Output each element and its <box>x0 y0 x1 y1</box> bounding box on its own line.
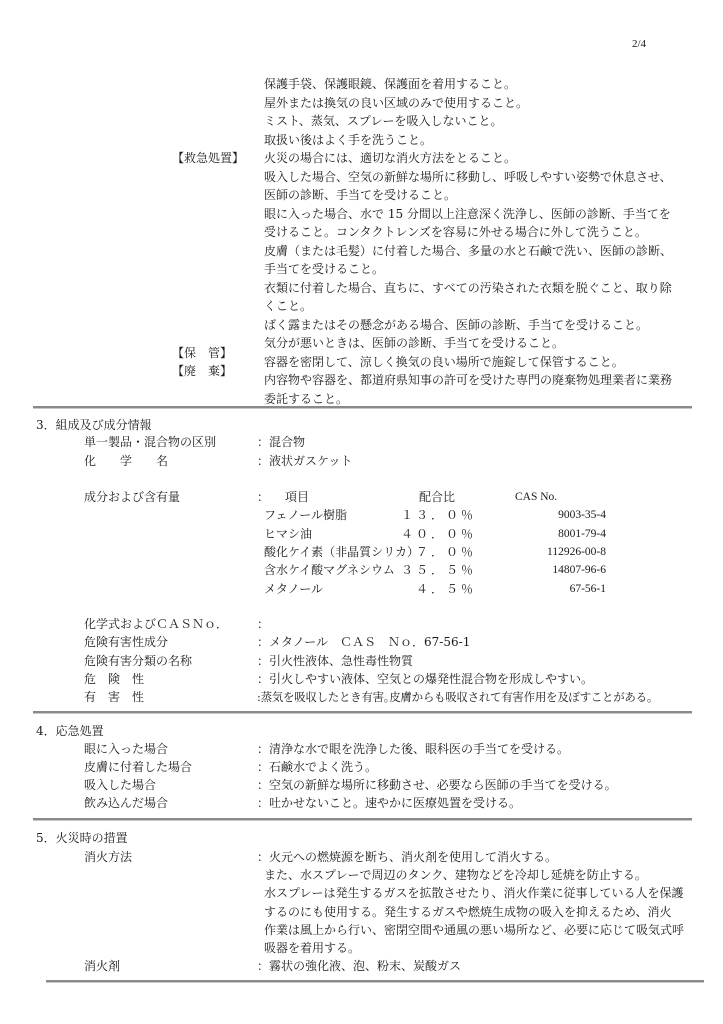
extinguishing-agent-row: 消火剤 ：霧状の強化液、泡、粉末、炭酸ガス <box>0 957 723 976</box>
disposal-label: 【廃 棄】 <box>172 362 232 381</box>
first-aid-row: 飲み込んだ場合 ：吐かせないこと。速やかに医療処置を受ける。 <box>0 794 723 813</box>
product-type-label: 単一製品・混合物の区別 <box>84 433 216 452</box>
component-cas: 9003-35-4 <box>558 506 606 525</box>
section-divider <box>33 406 692 409</box>
hazardous-component-value: ：メタノール ＣＡＳ Ｎｏ．67-56-1 <box>257 633 470 652</box>
components-header-row: 成分および含有量 ： 項目 配合比 CAS No. <box>0 488 723 507</box>
extinguishing-agent-label: 消火剤 <box>84 957 120 976</box>
precautions-text: 保護手袋、保護眼鏡、保護面を着用すること。 屋外または換気の良い区域のみで使用す… <box>264 75 672 408</box>
extinguishing-agent-value: ：霧状の強化液、泡、粉末、炭酸ガス <box>257 957 461 976</box>
chemical-name-row: 化 学 名 ：液状ガスケット <box>0 452 723 471</box>
component-name: フェノール樹脂 <box>264 506 347 525</box>
first-aid-row: 吸入した場合 ：空気の新鮮な場所に移動させ、必要なら医師の手当てを受ける。 <box>0 776 723 795</box>
first-aid-case-value: ：清浄な水で眼を洗浄した後、眼科医の手当てを受ける。 <box>257 740 569 759</box>
danger-value: ：引火しやすい液体、空気との爆発性混合物を形成しやすい。 <box>257 670 593 689</box>
column-header-cas: CAS No. <box>515 488 557 507</box>
danger-row: 危 険 性 ：引火しやすい液体、空気との爆発性混合物を形成しやすい。 <box>0 670 723 689</box>
extinguishing-method-line: 水スプレーは発生するガスを拡散させたり、消火作業に従事している人を保護 <box>264 884 684 903</box>
harm-row: 有 害 性 :蒸気を吸収したとき有害｡皮膚からも吸収されて有害作用を及ぼすことが… <box>0 688 723 707</box>
prevention-line: 取扱い後はよく手を洗うこと。 <box>264 131 672 150</box>
prevention-line: 保護手袋、保護眼鏡、保護面を着用すること。 <box>264 75 672 94</box>
first-aid-case-value: ：空気の新鮮な場所に移動させ、必要なら医師の手当てを受ける。 <box>257 776 617 795</box>
extinguishing-method-row: 消火方法 ：火元への燃焼源を断ち、消火剤を使用して消火する。 <box>0 848 723 867</box>
first-aid-case-label: 皮膚に付着した場合 <box>84 758 192 777</box>
first-aid-line: 衣類に付着した場合、直ちに、すべての汚染された衣類を脱ぐこと、取り除 <box>264 279 672 298</box>
first-aid-line: 医師の診断、手当てを受けること。 <box>264 186 672 205</box>
components-label: 成分および含有量 <box>84 488 180 507</box>
prevention-line: ミスト、蒸気、スプレーを吸入しないこと。 <box>264 112 672 131</box>
component-ratio: ４０．０％ <box>401 525 476 544</box>
first-aid-case-label: 眼に入った場合 <box>84 740 168 759</box>
first-aid-label: 【救急処置】 <box>172 149 244 168</box>
formula-value: ： <box>257 615 269 634</box>
component-name: メタノール <box>264 580 323 599</box>
storage-line: 容器を密閉して、涼しく換気の良い場所で施錠して保管すること。 <box>264 353 672 372</box>
harm-value: :蒸気を吸収したとき有害｡皮膚からも吸収されて有害作用を及ぼすことがある。 <box>257 688 658 707</box>
component-row: フェノール樹脂 １３．０％ 9003-35-4 <box>0 506 723 525</box>
section5-heading: 5．火災時の措置 <box>36 829 128 847</box>
product-type-value: ：混合物 <box>257 433 305 452</box>
extinguishing-method-label: 消火方法 <box>84 848 132 867</box>
extinguishing-method-line: 吸器を着用する。 <box>264 939 360 958</box>
hazard-class-row: 危険有害分類の名称 ：引火性液体、急性毒性物質 <box>0 652 723 671</box>
formula-label: 化学式およびＣＡＳＮｏ． <box>84 615 228 634</box>
storage-label: 【保 管】 <box>172 344 232 363</box>
component-name: 酸化ケイ素（非晶質シリカ） <box>264 543 419 562</box>
first-aid-line: ばく露またはその懸念がある場合、医師の診断、手当てを受けること。 <box>264 316 672 335</box>
hazard-class-value: ：引火性液体、急性毒性物質 <box>257 652 413 671</box>
first-aid-case-label: 飲み込んだ場合 <box>84 794 168 813</box>
hazardous-component-label: 危険有害性成分 <box>84 633 168 652</box>
first-aid-line: くこと。 <box>264 297 672 316</box>
product-type-row: 単一製品・混合物の区別 ：混合物 <box>0 433 723 452</box>
first-aid-line: 手当てを受けること。 <box>264 260 672 279</box>
first-aid-line: 気分が悪いときは、医師の診断、手当てを受けること。 <box>264 334 672 353</box>
first-aid-row: 眼に入った場合 ：清浄な水で眼を洗浄した後、眼科医の手当てを受ける。 <box>0 740 723 759</box>
section-divider <box>33 818 692 821</box>
component-cas: 8001-79-4 <box>558 525 606 544</box>
extinguishing-method-line: するのにも使用する。発生するガスや燃焼生成物の吸入を抑えるため、消火 <box>264 903 672 922</box>
disposal-line: 内容物や容器を、都道府県知事の許可を受けた専門の廃棄物処理業者に業務 <box>264 371 672 390</box>
components-colon: ： <box>257 488 269 507</box>
first-aid-row: 皮膚に付着した場合 ：石鹸水でよく洗う。 <box>0 758 723 777</box>
first-aid-line: 皮膚（または毛髪）に付着した場合、多量の水と石鹸で洗い、医師の診断、 <box>264 242 672 261</box>
harm-label: 有 害 性 <box>84 688 144 707</box>
first-aid-case-label: 吸入した場合 <box>84 776 156 795</box>
first-aid-case-value: ：吐かせないこと。速やかに医療処置を受ける。 <box>257 794 521 813</box>
danger-label: 危 険 性 <box>84 670 144 689</box>
extinguishing-method-value: ：火元への燃焼源を断ち、消火剤を使用して消火する。 <box>257 848 557 867</box>
component-name: ヒマシ油 <box>264 525 312 544</box>
extinguishing-method-line: 作業は風上から行い、密閉空間や通風の悪い場所など、必要に応じて吸気式呼 <box>264 921 684 940</box>
component-ratio: ４．５％ <box>416 580 476 599</box>
component-row: 含水ケイ酸マグネシウム ３５．５％ 14807-96-6 <box>0 561 723 580</box>
first-aid-case-value: ：石鹸水でよく洗う。 <box>257 758 377 777</box>
component-cas: 67-56-1 <box>570 580 606 599</box>
first-aid-line: 吸入した場合、空気の新鮮な場所に移動し、呼吸しやすい姿勢で休息させ、 <box>264 168 672 187</box>
chemical-name-value: ：液状ガスケット <box>257 452 352 471</box>
extinguishing-method-line: また、水スプレーで周辺のタンク、建物などを冷却し延焼を防止する。 <box>264 866 647 885</box>
first-aid-line: 眼に入った場合、水で 15 分間以上注意深く洗浄し、医師の診断、手当てを <box>264 205 672 224</box>
component-row: 酸化ケイ素（非晶質シリカ） ７．０％ 112926-00-8 <box>0 543 723 562</box>
component-cas: 14807-96-6 <box>552 561 606 580</box>
section-divider <box>46 980 704 983</box>
hazard-class-label: 危険有害分類の名称 <box>84 652 192 671</box>
section3-heading: 3．組成及び成分情報 <box>36 416 152 434</box>
first-aid-line: 火災の場合には、適切な消火方法をとること。 <box>264 149 672 168</box>
section-divider <box>33 711 692 714</box>
first-aid-line: 受けること。コンタクトレンズを容易に外せる場合に外して洗うこと。 <box>264 223 672 242</box>
section4-heading: 4．応急処置 <box>36 722 104 740</box>
component-cas: 112926-00-8 <box>547 543 606 562</box>
page-number: 2/4 <box>632 38 646 50</box>
hazardous-component-row: 危険有害性成分 ：メタノール ＣＡＳ Ｎｏ．67-56-1 <box>0 633 723 652</box>
column-header-item: 項目 <box>285 488 309 507</box>
column-header-ratio: 配合比 <box>419 488 455 507</box>
component-name: 含水ケイ酸マグネシウム <box>264 561 395 580</box>
formula-row: 化学式およびＣＡＳＮｏ． ： <box>0 615 723 634</box>
component-row: ヒマシ油 ４０．０％ 8001-79-4 <box>0 525 723 544</box>
component-ratio: ３５．５％ <box>401 561 476 580</box>
chemical-name-label: 化 学 名 <box>84 452 168 471</box>
prevention-line: 屋外または換気の良い区域のみで使用すること。 <box>264 94 672 113</box>
component-ratio: ７．０％ <box>416 543 476 562</box>
component-ratio: １３．０％ <box>401 506 476 525</box>
component-row: メタノール ４．５％ 67-56-1 <box>0 580 723 599</box>
